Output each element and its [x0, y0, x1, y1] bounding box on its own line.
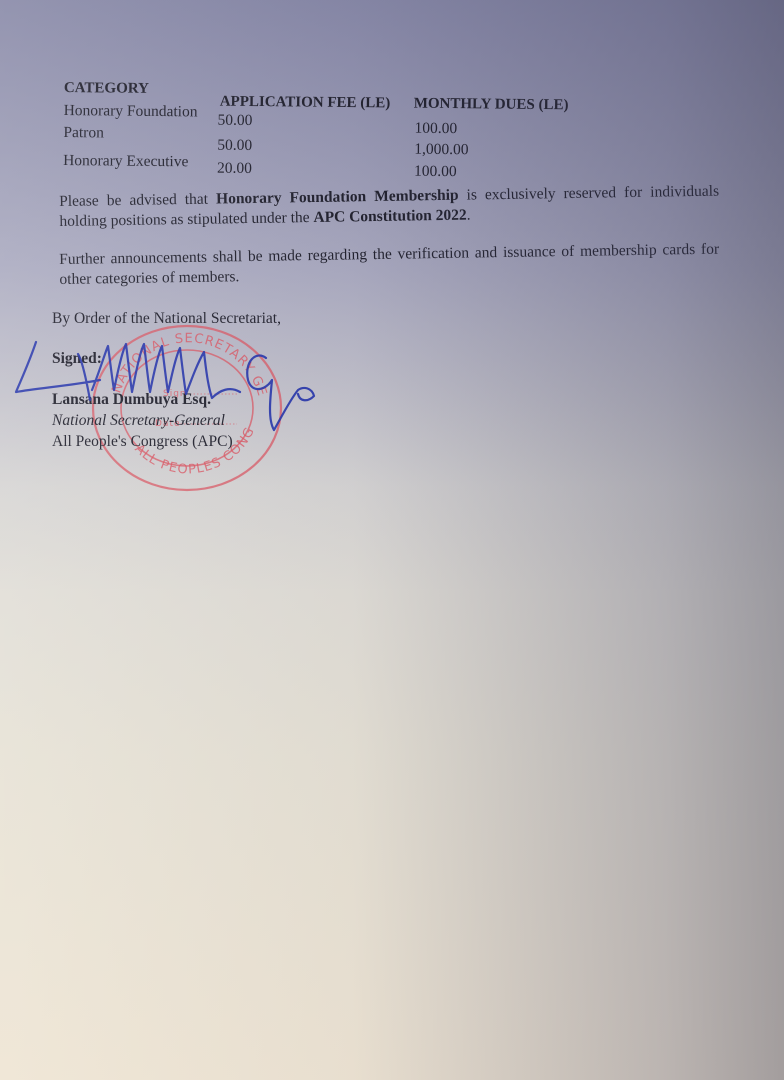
emphasis-honorary-foundation: Honorary Foundation Membership [216, 187, 459, 208]
row-application-fee: 50.00 [217, 135, 252, 156]
table-header-category: CATEGORY [64, 78, 149, 100]
row-monthly-dues: 1,000.00 [414, 139, 468, 161]
row-application-fee: 20.00 [217, 158, 252, 179]
paragraph-honorary-notice: Please be advised that Honorary Foundati… [59, 182, 720, 232]
row-category: Honorary Executive [63, 150, 188, 172]
table-header-monthly-dues: MONTHLY DUES (LE) [414, 94, 569, 117]
emphasis-apc-constitution: APC Constitution 2022 [313, 207, 467, 226]
paragraph-further-announcements: Further announcements shall be made rega… [59, 240, 720, 290]
handwritten-signature [8, 330, 328, 440]
row-monthly-dues: 100.00 [414, 118, 457, 139]
document-page: CATEGORY APPLICATION FEE (LE) MONTHLY DU… [0, 0, 784, 1080]
row-category: Patron [63, 122, 104, 143]
order-line: By Order of the National Secretariat, [52, 308, 281, 329]
row-category: Honorary Foundation [64, 100, 198, 122]
row-application-fee: 50.00 [217, 110, 252, 131]
row-monthly-dues: 100.00 [414, 161, 457, 182]
